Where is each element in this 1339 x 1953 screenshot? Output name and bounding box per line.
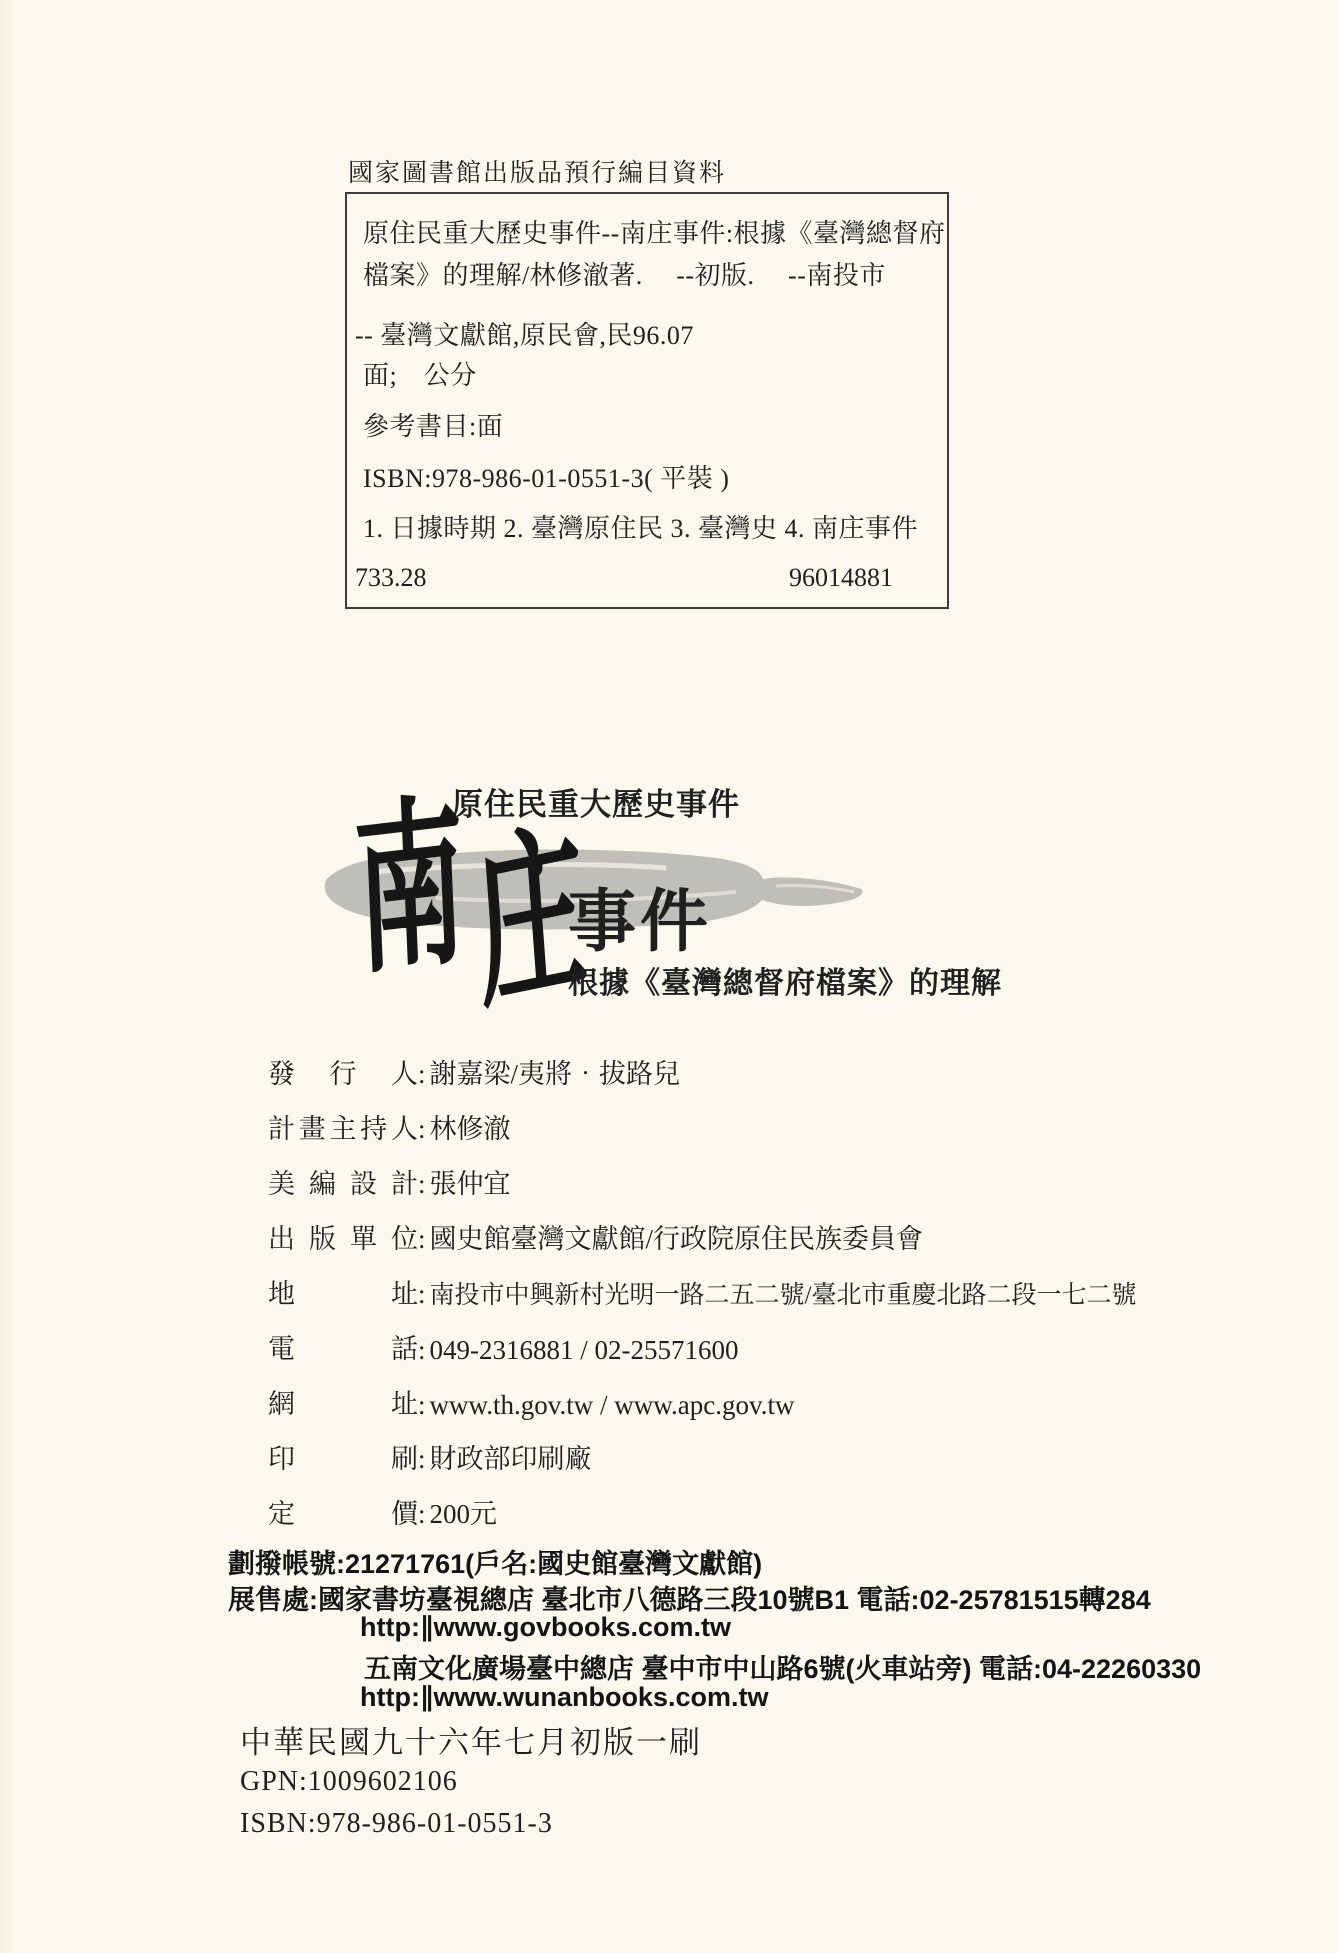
row-colon: : <box>418 1390 426 1420</box>
cip-line: ISBN:978-986-01-0551-3( 平裝 ) <box>363 458 729 495</box>
row-label: 美編設計 <box>268 1162 418 1201</box>
row-colon: : <box>418 1499 426 1529</box>
colophon-row-project-director: 計畫主持人:林修澈 <box>268 1107 511 1146</box>
cip-class-number: 733.28 <box>355 563 427 593</box>
row-label: 電話 <box>268 1327 418 1366</box>
series-title: 原住民重大歷史事件 <box>452 779 740 824</box>
sales-outlet-2-url: http:∥www.wunanbooks.com.tw <box>360 1682 768 1713</box>
row-colon: : <box>418 1444 426 1474</box>
colophon-row-publishing-unit: 出版單位:國史館臺灣文獻館/行政院原住民族委員會 <box>268 1217 923 1256</box>
row-value: www.th.gov.tw / www.apc.gov.tw <box>430 1390 795 1420</box>
cip-line: 檔案》的理解/林修澈著. --初版. --南投市 <box>363 255 886 292</box>
colophon-row-telephone: 電話:049-2316881 / 02-25571600 <box>268 1327 739 1366</box>
cip-line: 面; 公分 <box>363 355 477 392</box>
subtitle: 根據《臺灣總督府檔案》的理解 <box>568 958 1002 1002</box>
row-colon: : <box>418 1335 426 1365</box>
row-value: 林修澈 <box>430 1114 511 1144</box>
edition-date-line: 中華民國九十六年七月初版一刷 <box>240 1717 702 1762</box>
row-value: 南投市中興新村光明一路二五二號/臺北市重慶北路二段一七二號 <box>430 1282 1137 1309</box>
row-label: 計畫主持人 <box>268 1107 418 1146</box>
sales-outlet-1-url: http:∥www.govbooks.com.tw <box>360 1612 731 1643</box>
row-colon: : <box>418 1114 426 1144</box>
row-label: 發行人 <box>268 1052 418 1091</box>
row-value: 200元 <box>430 1499 498 1529</box>
row-label: 地址 <box>268 1272 418 1311</box>
colophon-row-address: 地址:南投市中興新村光明一路二五二號/臺北市重慶北路二段一七二號 <box>268 1272 1136 1311</box>
row-value: 財政部印刷廠 <box>430 1444 592 1474</box>
row-value: 049-2316881 / 02-25571600 <box>430 1335 739 1365</box>
row-colon: : <box>418 1224 426 1254</box>
row-label: 印刷 <box>268 1437 418 1476</box>
isbn-line: ISBN:978-986-01-0551-3 <box>240 1808 553 1840</box>
row-colon: : <box>418 1059 426 1089</box>
colophon-row-art-design: 美編設計:張仲宜 <box>268 1162 511 1201</box>
colophon-row-price: 定價:200元 <box>268 1492 497 1531</box>
colophon-row-printer: 印刷:財政部印刷廠 <box>268 1437 592 1476</box>
cip-footer: 733.28 96014881 <box>355 563 893 593</box>
colophon-row-website: 網址:www.th.gov.tw / www.apc.gov.tw <box>268 1382 794 1421</box>
colophon-page: 國家圖書館出版品預行編目資料 原住民重大歷史事件--南庄事件:根據《臺灣總督府 … <box>0 0 1339 1953</box>
row-colon: : <box>418 1169 426 1199</box>
cip-line: 參考書目:面 <box>363 406 503 443</box>
cip-line: 原住民重大歷史事件--南庄事件:根據《臺灣總督府 <box>363 213 946 250</box>
cip-record-number: 96014881 <box>789 563 893 593</box>
cip-header: 國家圖書館出版品預行編目資料 <box>348 153 726 189</box>
main-title-calligraphy-nan: 南 <box>352 793 469 987</box>
main-title-suffix: 事件 <box>568 868 712 965</box>
row-label: 定價 <box>268 1492 418 1531</box>
row-label: 出版單位 <box>268 1217 418 1256</box>
colophon-row-publisher: 發行人:謝嘉梁/夷將‧拔路兒 <box>268 1052 680 1091</box>
cip-line: -- 臺灣文獻館,原民會,民96.07 <box>355 315 694 352</box>
cip-line: 1. 日據時期 2. 臺灣原住民 3. 臺灣史 4. 南庄事件 <box>363 508 918 545</box>
row-value: 謝嘉梁/夷將‧拔路兒 <box>430 1059 681 1089</box>
row-label: 網址 <box>268 1382 418 1421</box>
postal-account-line: 劃撥帳號:21271761(戶名:國史館臺灣文獻館) <box>228 1542 762 1581</box>
sales-outlet-2: 五南文化廣場臺中總店 臺中市中山路6號(火車站旁) 電話:04-22260330 <box>364 1647 1201 1686</box>
row-colon: : <box>418 1279 426 1309</box>
cip-box: 原住民重大歷史事件--南庄事件:根據《臺灣總督府 檔案》的理解/林修澈著. --… <box>345 192 949 609</box>
row-value: 國史館臺灣文獻館/行政院原住民族委員會 <box>430 1224 924 1254</box>
gpn-line: GPN:1009602106 <box>240 1766 458 1798</box>
row-value: 張仲宜 <box>430 1169 511 1199</box>
